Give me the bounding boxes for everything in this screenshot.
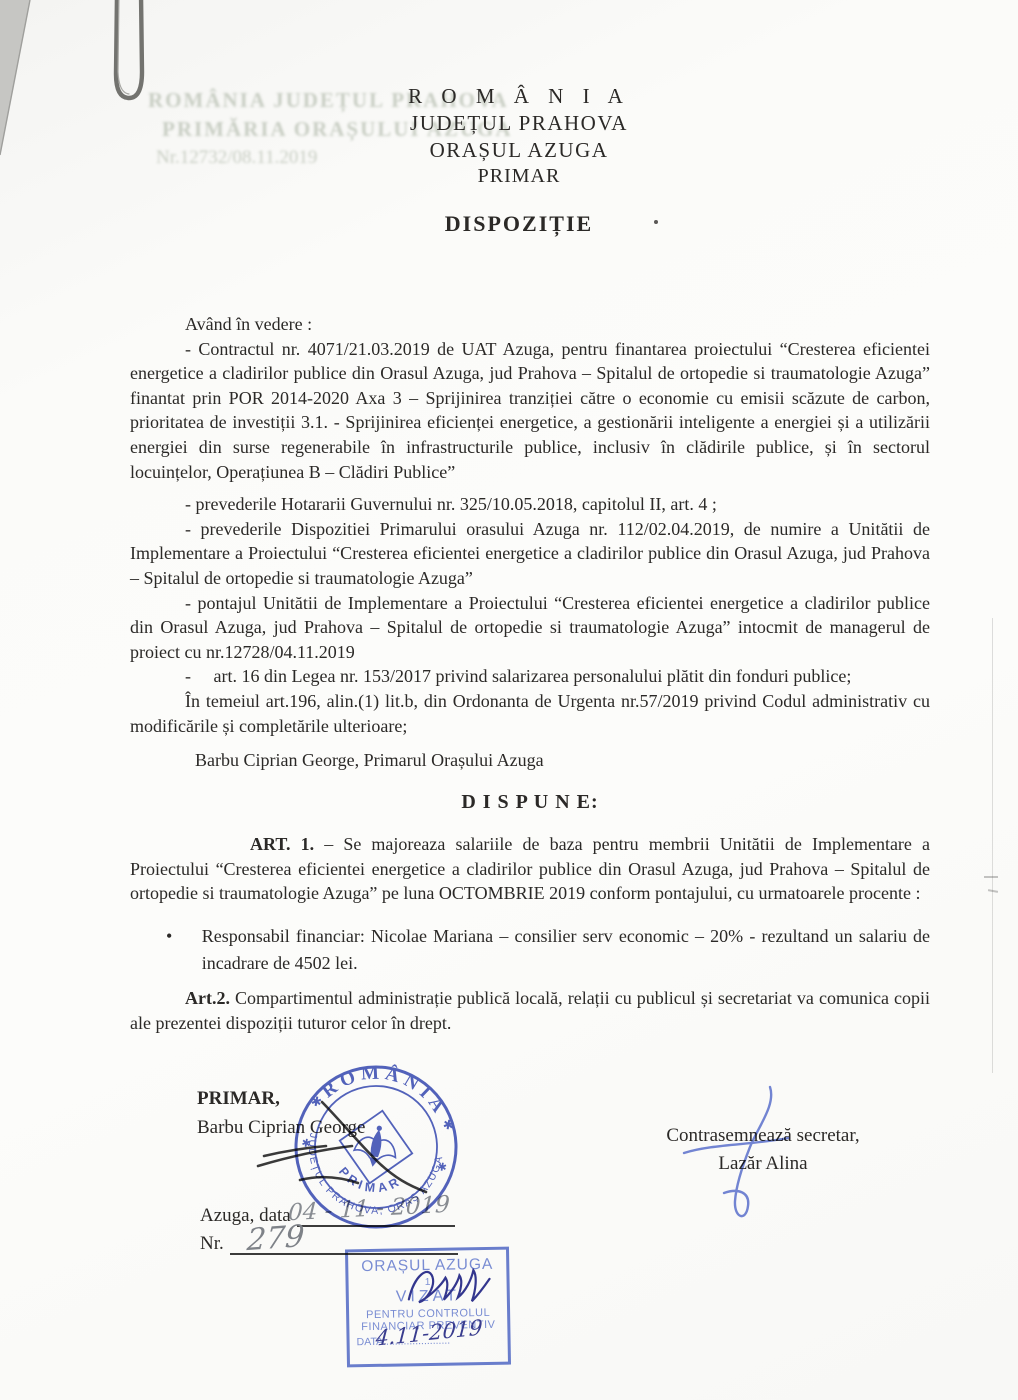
- article-2: Art.2. Compartimentul administrație publ…: [130, 986, 930, 1035]
- letterhead: R O M Â N I A JUDEȚUL PRAHOVA ORAȘUL AZU…: [10, 84, 1018, 188]
- recital-paragraph: - art. 16 din Legea nr. 153/2017 privind…: [130, 664, 930, 689]
- dispune-heading: D I S P U N E:: [130, 790, 930, 815]
- recital-paragraph: - pontajul Unitătii de Implementare a Pr…: [130, 591, 930, 665]
- letterhead-city: ORAȘUL AZUGA: [10, 138, 1018, 163]
- document-title: DISPOZIȚIE: [10, 211, 1018, 237]
- preamble-intro: Având în vedere :: [130, 312, 930, 337]
- scan-fold-line: [992, 618, 993, 1073]
- article-2-label: Art.2.: [185, 988, 230, 1008]
- letterhead-county: JUDEȚUL PRAHOVA: [10, 111, 1018, 136]
- scanned-document-page: ROMÂNIA JUDEȚUL PRAHOVA PRIMĂRIA ORAȘULU…: [0, 0, 1018, 1400]
- visa-signature: [400, 1256, 501, 1320]
- article-1: ART. 1. – Se majoreaza salariile de baza…: [130, 832, 930, 906]
- legal-basis-paragraph: În temeiul art.196, alin.(1) lit.b, din …: [130, 689, 930, 738]
- mayor-signature: [240, 1080, 460, 1210]
- document-body: Având în vedere : - Contractul nr. 4071/…: [130, 312, 930, 1035]
- issuer-mention: Barbu Ciprian George, Primarul Orașului …: [130, 748, 930, 773]
- scan-tick: [984, 876, 998, 878]
- bullet-text: Responsabil financiar: Nicolae Mariana –…: [202, 923, 930, 977]
- recital-paragraph: - prevederile Hotararii Guvernului nr. 3…: [130, 492, 930, 517]
- letterhead-office: PRIMAR: [10, 165, 1018, 188]
- secretary-signature: [660, 1075, 800, 1235]
- scan-tick: [988, 889, 998, 893]
- bullet-marker: •: [160, 923, 202, 977]
- number-label: Nr.: [200, 1233, 224, 1255]
- letterhead-country: R O M Â N I A: [10, 84, 1018, 109]
- bullet-item: • Responsabil financiar: Nicolae Mariana…: [160, 923, 930, 977]
- recital-paragraph: - Contractul nr. 4071/21.03.2019 de UAT …: [130, 337, 930, 485]
- article-2-text: Compartimentul administrație publică loc…: [130, 988, 930, 1033]
- article-1-label: ART. 1.: [250, 834, 314, 854]
- visa-stamp: ORAȘUL AZUGA 1 VIZAT PENTRU CONTROLUL FI…: [345, 1247, 511, 1368]
- recital-paragraph: - prevederile Dispozitiei Primarului ora…: [130, 517, 930, 591]
